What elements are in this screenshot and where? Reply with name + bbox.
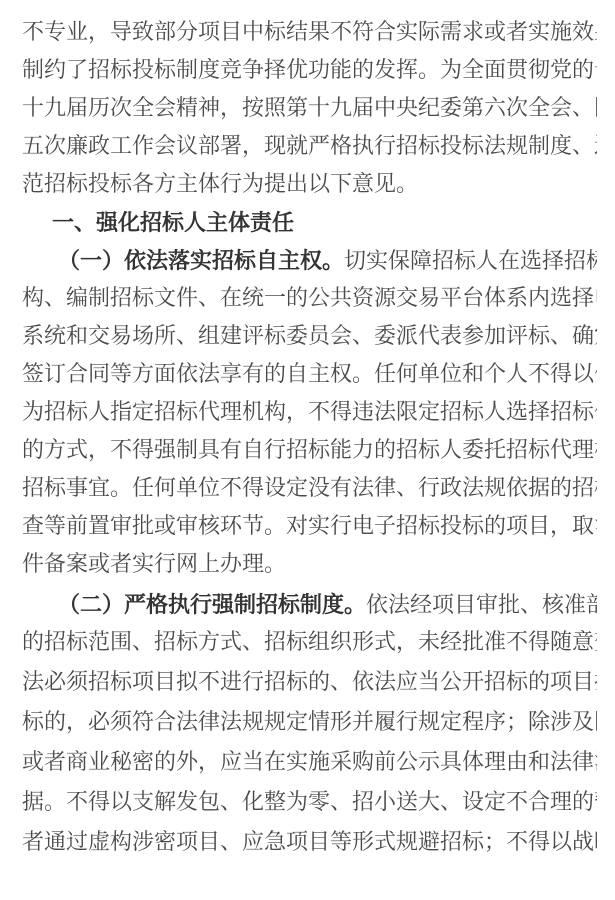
paragraph-line: 为招标人指定招标代理机构，不得违法限定招标人选择招标代理机构 bbox=[22, 398, 597, 428]
subsection-2-first-line: （二）严格执行强制招标制度。依法经项目审批、核准部门确定 bbox=[58, 590, 597, 620]
paragraph-line: 或者商业秘密的外，应当在实施采购前公示具体理由和法律法规依 bbox=[22, 748, 597, 778]
paragraph-line: 件备案或者实行网上办理。 bbox=[22, 550, 597, 580]
paragraph-line: 五次廉政工作会议部署，现就严格执行招标投标法规制度、进一步规 bbox=[22, 132, 597, 162]
paragraph-line: 招标事宜。任何单位不得设定没有法律、行政法规依据的招标文件审 bbox=[22, 474, 597, 504]
paragraph-line: 系统和交易场所、组建评标委员会、委派代表参加评标、确定中标人、 bbox=[22, 322, 597, 352]
subsection-2-title: （二）严格执行强制招标制度。 bbox=[58, 592, 366, 618]
paragraph-line: 范招标投标各方主体行为提出以下意见。 bbox=[22, 170, 597, 200]
paragraph-line: 标的，必须符合法律法规规定情形并履行规定程序；除涉及国家秘密 bbox=[22, 708, 597, 738]
subsection-1-text: 切实保障招标人在选择招标代理机 bbox=[344, 249, 597, 274]
paragraph-line: 查等前置审批或审核环节。对实行电子招标投标的项目，取消招标文 bbox=[22, 512, 597, 542]
document-page: 不专业，导致部分项目中标结果不符合实际需求或者实施效果不佳， 制约了招标投标制度… bbox=[0, 0, 615, 900]
paragraph-line: 法必须招标项目拟不进行招标的、依法应当公开招标的项目拟邀请招 bbox=[22, 668, 597, 698]
paragraph-line: 据。不得以支解发包、化整为零、招小送大、设定不合理的暂估价或 bbox=[22, 788, 597, 818]
paragraph-line: 的方式，不得强制具有自行招标能力的招标人委托招标代理机构办理 bbox=[22, 436, 597, 466]
paragraph-line: 的招标范围、招标方式、招标组织形式，未经批准不得随意变更。依 bbox=[22, 628, 597, 658]
paragraph-line: 签订合同等方面依法享有的自主权。任何单位和个人不得以任何方式 bbox=[22, 360, 597, 390]
paragraph-line: 者通过虚构涉密项目、应急项目等形式规避招标；不得以战略合作、 bbox=[22, 828, 597, 858]
paragraph-line: 不专业，导致部分项目中标结果不符合实际需求或者实施效果不佳， bbox=[22, 18, 597, 48]
subsection-1-title: （一）依法落实招标自主权。 bbox=[58, 248, 344, 274]
subsection-2-text: 依法经项目审批、核准部门确定 bbox=[366, 593, 597, 618]
paragraph-line: 构、编制招标文件、在统一的公共资源交易平台体系内选择电子交易 bbox=[22, 284, 597, 314]
paragraph-line: 十九届历次全会精神，按照第十九届中央纪委第六次全会、国务院第 bbox=[22, 94, 597, 124]
section-heading: 一、强化招标人主体责任 bbox=[52, 208, 597, 238]
subsection-1-first-line: （一）依法落实招标自主权。切实保障招标人在选择招标代理机 bbox=[58, 246, 597, 276]
paragraph-line: 制约了招标投标制度竞争择优功能的发挥。为全面贯彻党的十九大和 bbox=[22, 56, 597, 86]
